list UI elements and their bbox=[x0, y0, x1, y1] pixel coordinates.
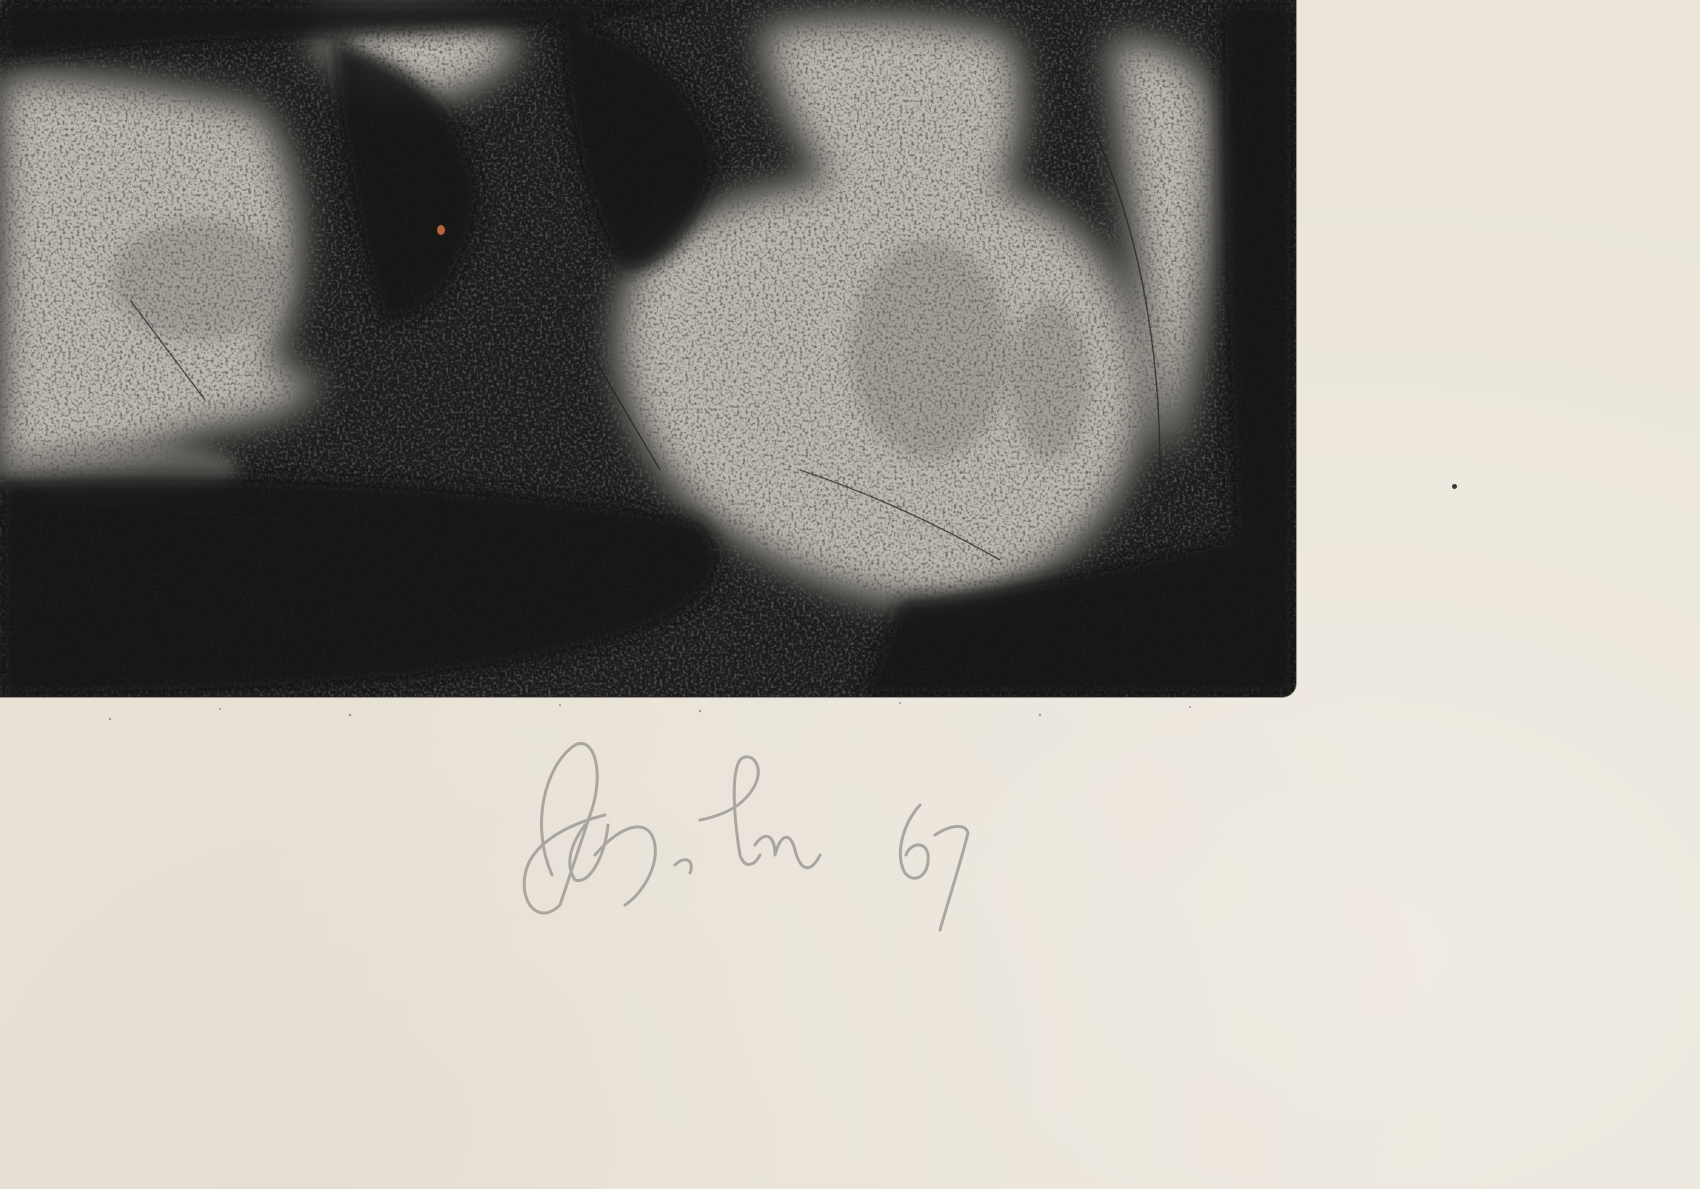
etching-plate bbox=[0, 0, 1296, 697]
etching-image bbox=[0, 0, 1296, 697]
date-text: 67 bbox=[490, 705, 510, 709]
pencil-signature: Pätro 67 bbox=[490, 705, 1050, 955]
signature-strokes: Pätro 67 bbox=[490, 705, 1050, 955]
stain-mark bbox=[437, 225, 445, 235]
ink-dot bbox=[1452, 484, 1457, 489]
